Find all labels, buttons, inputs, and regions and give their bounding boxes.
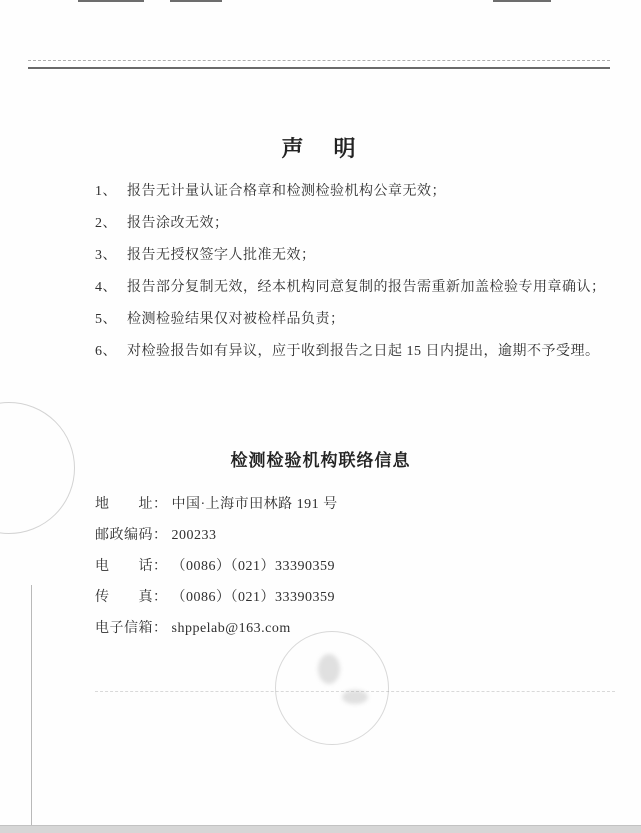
contact-info-block: 地 址： 中国·上海市田林路 191 号 邮政编码： 200233 电 话： （… [95, 497, 338, 652]
contact-value: 200233 [172, 528, 217, 543]
contact-row-postcode: 邮政编码： 200233 [95, 528, 338, 543]
item-number: 2、 [95, 216, 123, 231]
header-rule-thin [28, 60, 610, 61]
item-number: 6、 [95, 344, 123, 359]
stamp-ink-blob [318, 654, 340, 684]
contact-row-phone: 电 话： （0086）（021）33390359 [95, 559, 338, 574]
declaration-item: 4、 报告部分复制无效，经本机构同意复制的报告需重新加盖检验专用章确认； [95, 280, 605, 295]
contact-section-title: 检测检验机构联络信息 [0, 446, 641, 471]
item-text: 对检验报告如有异议，应于收到报告之日起 15 日内提出，逾期不予受理。 [127, 344, 600, 359]
item-number: 1、 [95, 184, 123, 199]
declaration-item: 2、 报告涂改无效； [95, 216, 605, 231]
item-text: 报告涂改无效； [127, 216, 229, 231]
scan-artifact-top-edge [78, 0, 144, 2]
contact-label: 地 址： [95, 497, 168, 512]
item-text: 报告无授权签字人批准无效； [127, 248, 316, 263]
item-text: 报告无计量认证合格章和检测检验机构公章无效； [127, 184, 446, 199]
contact-row-email: 电子信箱： shppelab@163.com [95, 621, 338, 636]
header-rule-thick [28, 67, 610, 69]
contact-value: shppelab@163.com [172, 621, 291, 636]
stamp-ink-blob [342, 690, 368, 704]
declaration-item: 5、 检测检验结果仅对被检样品负责； [95, 312, 605, 327]
item-number: 5、 [95, 312, 123, 327]
scan-artifact-top-edge [493, 0, 551, 2]
contact-value: （0086）（021）33390359 [172, 590, 336, 605]
contact-row-fax: 传 真： （0086）（021）33390359 [95, 590, 338, 605]
scan-artifact-vertical-line [31, 585, 32, 826]
contact-label: 邮政编码： [95, 528, 168, 543]
declaration-item: 6、 对检验报告如有异议，应于收到报告之日起 15 日内提出，逾期不予受理。 [95, 344, 605, 359]
declaration-title: 声 明 [0, 132, 641, 163]
scanned-document-page: 声 明 1、 报告无计量认证合格章和检测检验机构公章无效； 2、 报告涂改无效；… [0, 0, 641, 833]
declaration-item: 1、 报告无计量认证合格章和检测检验机构公章无效； [95, 184, 605, 199]
item-text: 检测检验结果仅对被检样品负责； [127, 312, 345, 327]
contact-value: （0086）（021）33390359 [172, 559, 336, 574]
contact-label: 电子信箱： [95, 621, 168, 636]
contact-value: 中国·上海市田林路 191 号 [172, 497, 338, 512]
item-text: 报告部分复制无效，经本机构同意复制的报告需重新加盖检验专用章确认； [127, 280, 606, 295]
scan-artifact-top-edge [170, 0, 222, 2]
contact-label: 传 真： [95, 590, 168, 605]
item-number: 3、 [95, 248, 123, 263]
contact-row-address: 地 址： 中国·上海市田林路 191 号 [95, 497, 338, 512]
contact-label: 电 话： [95, 559, 168, 574]
item-number: 4、 [95, 280, 123, 295]
declaration-list: 1、 报告无计量认证合格章和检测检验机构公章无效； 2、 报告涂改无效； 3、 … [95, 184, 605, 376]
declaration-item: 3、 报告无授权签字人批准无效； [95, 248, 605, 263]
scan-artifact-bottom-band [0, 825, 641, 833]
